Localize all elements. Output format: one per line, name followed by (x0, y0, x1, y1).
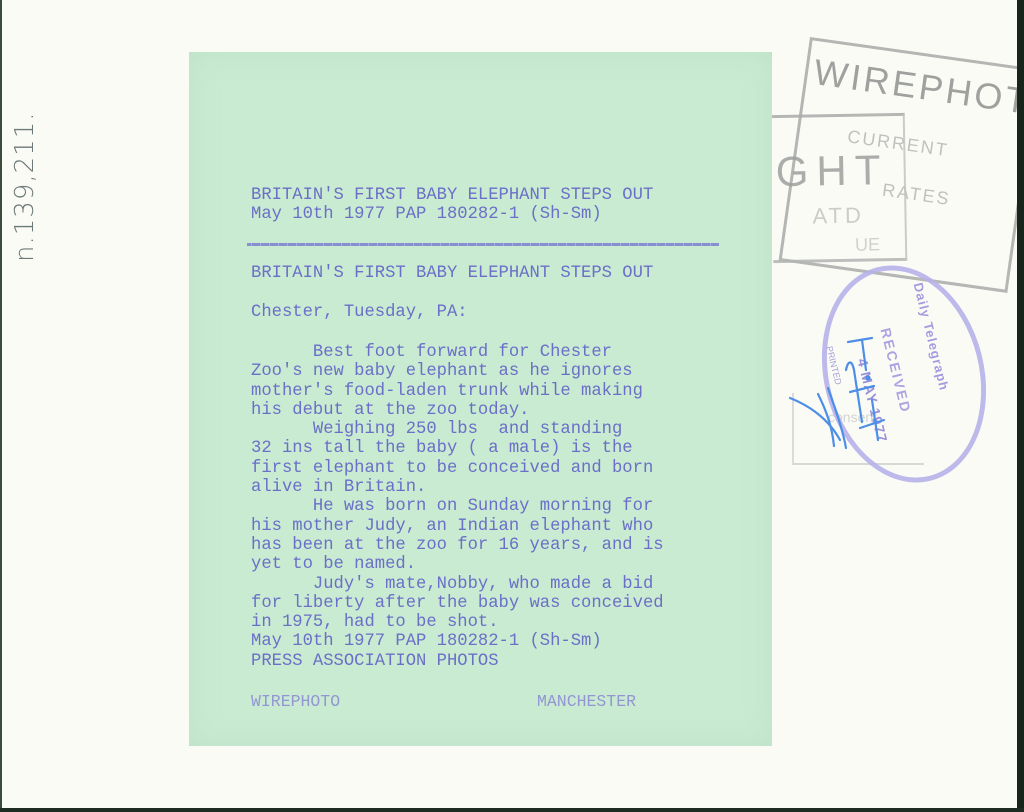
footer-manchester: MANCHESTER (537, 692, 636, 711)
body-line: mother's food-laden trunk while making (251, 382, 664, 401)
handwritten-reference: n.139,211. (10, 111, 40, 262)
press-release-sheet: BRITAIN'S FIRST BABY ELEPHANT STEPS OUT … (189, 52, 772, 746)
photo-edge-right (1017, 0, 1024, 812)
body-line: has been at the zoo for 16 years, and is (251, 536, 664, 555)
body-line: first elephant to be conceived and born (251, 459, 664, 478)
copyright-stamp-line1: ATD (812, 203, 864, 230)
copyright-stamp-line2: UE (855, 234, 880, 255)
body-line: alive in Britain. (251, 478, 664, 497)
body-text: Best foot forward for ChesterZoo's new b… (251, 343, 664, 671)
body-line: PRESS ASSOCIATION PHOTOS (251, 652, 664, 671)
dateline: Chester, Tuesday, PA: (251, 303, 468, 322)
header-headline: BRITAIN'S FIRST BABY ELEPHANT STEPS OUT (251, 186, 653, 205)
photo-back: n.139,211. WIREPHOTO CURRENT RATES GHT A… (2, 0, 1017, 808)
headline: BRITAIN'S FIRST BABY ELEPHANT STEPS OUT (251, 264, 653, 283)
copyright-stamp: GHT ATD UE (771, 113, 908, 263)
footer-wirephoto: WIREPHOTO (251, 692, 340, 711)
body-line: May 10th 1977 PAP 180282-1 (Sh-Sm) (251, 632, 664, 651)
body-line: in 1975, had to be shot. (251, 613, 664, 632)
body-line: Best foot forward for Chester (251, 343, 664, 362)
handwritten-signature-icon (788, 330, 908, 460)
body-line: yet to be named. (251, 555, 664, 574)
body-line: Weighing 250 lbs and standing (251, 420, 664, 439)
header-reference-line: May 10th 1977 PAP 180282-1 (Sh-Sm) (251, 205, 602, 224)
body-line: 32 ins tall the baby ( a male) is the (251, 439, 664, 458)
body-line: Judy's mate,Nobby, who made a bid (251, 575, 664, 594)
body-line: Zoo's new baby elephant as he ignores (251, 362, 664, 381)
typed-divider-line (247, 243, 719, 246)
photo-edge-left (0, 0, 2, 812)
body-line: He was born on Sunday morning for (251, 497, 664, 516)
body-line: his mother Judy, an Indian elephant who (251, 517, 664, 536)
copyright-stamp-main: GHT (775, 146, 888, 196)
body-line: for liberty after the baby was conceived (251, 594, 664, 613)
photo-edge-bottom (0, 808, 1024, 812)
document-header: BRITAIN'S FIRST BABY ELEPHANT STEPS OUT … (251, 186, 653, 224)
body-line: his debut at the zoo today. (251, 401, 664, 420)
